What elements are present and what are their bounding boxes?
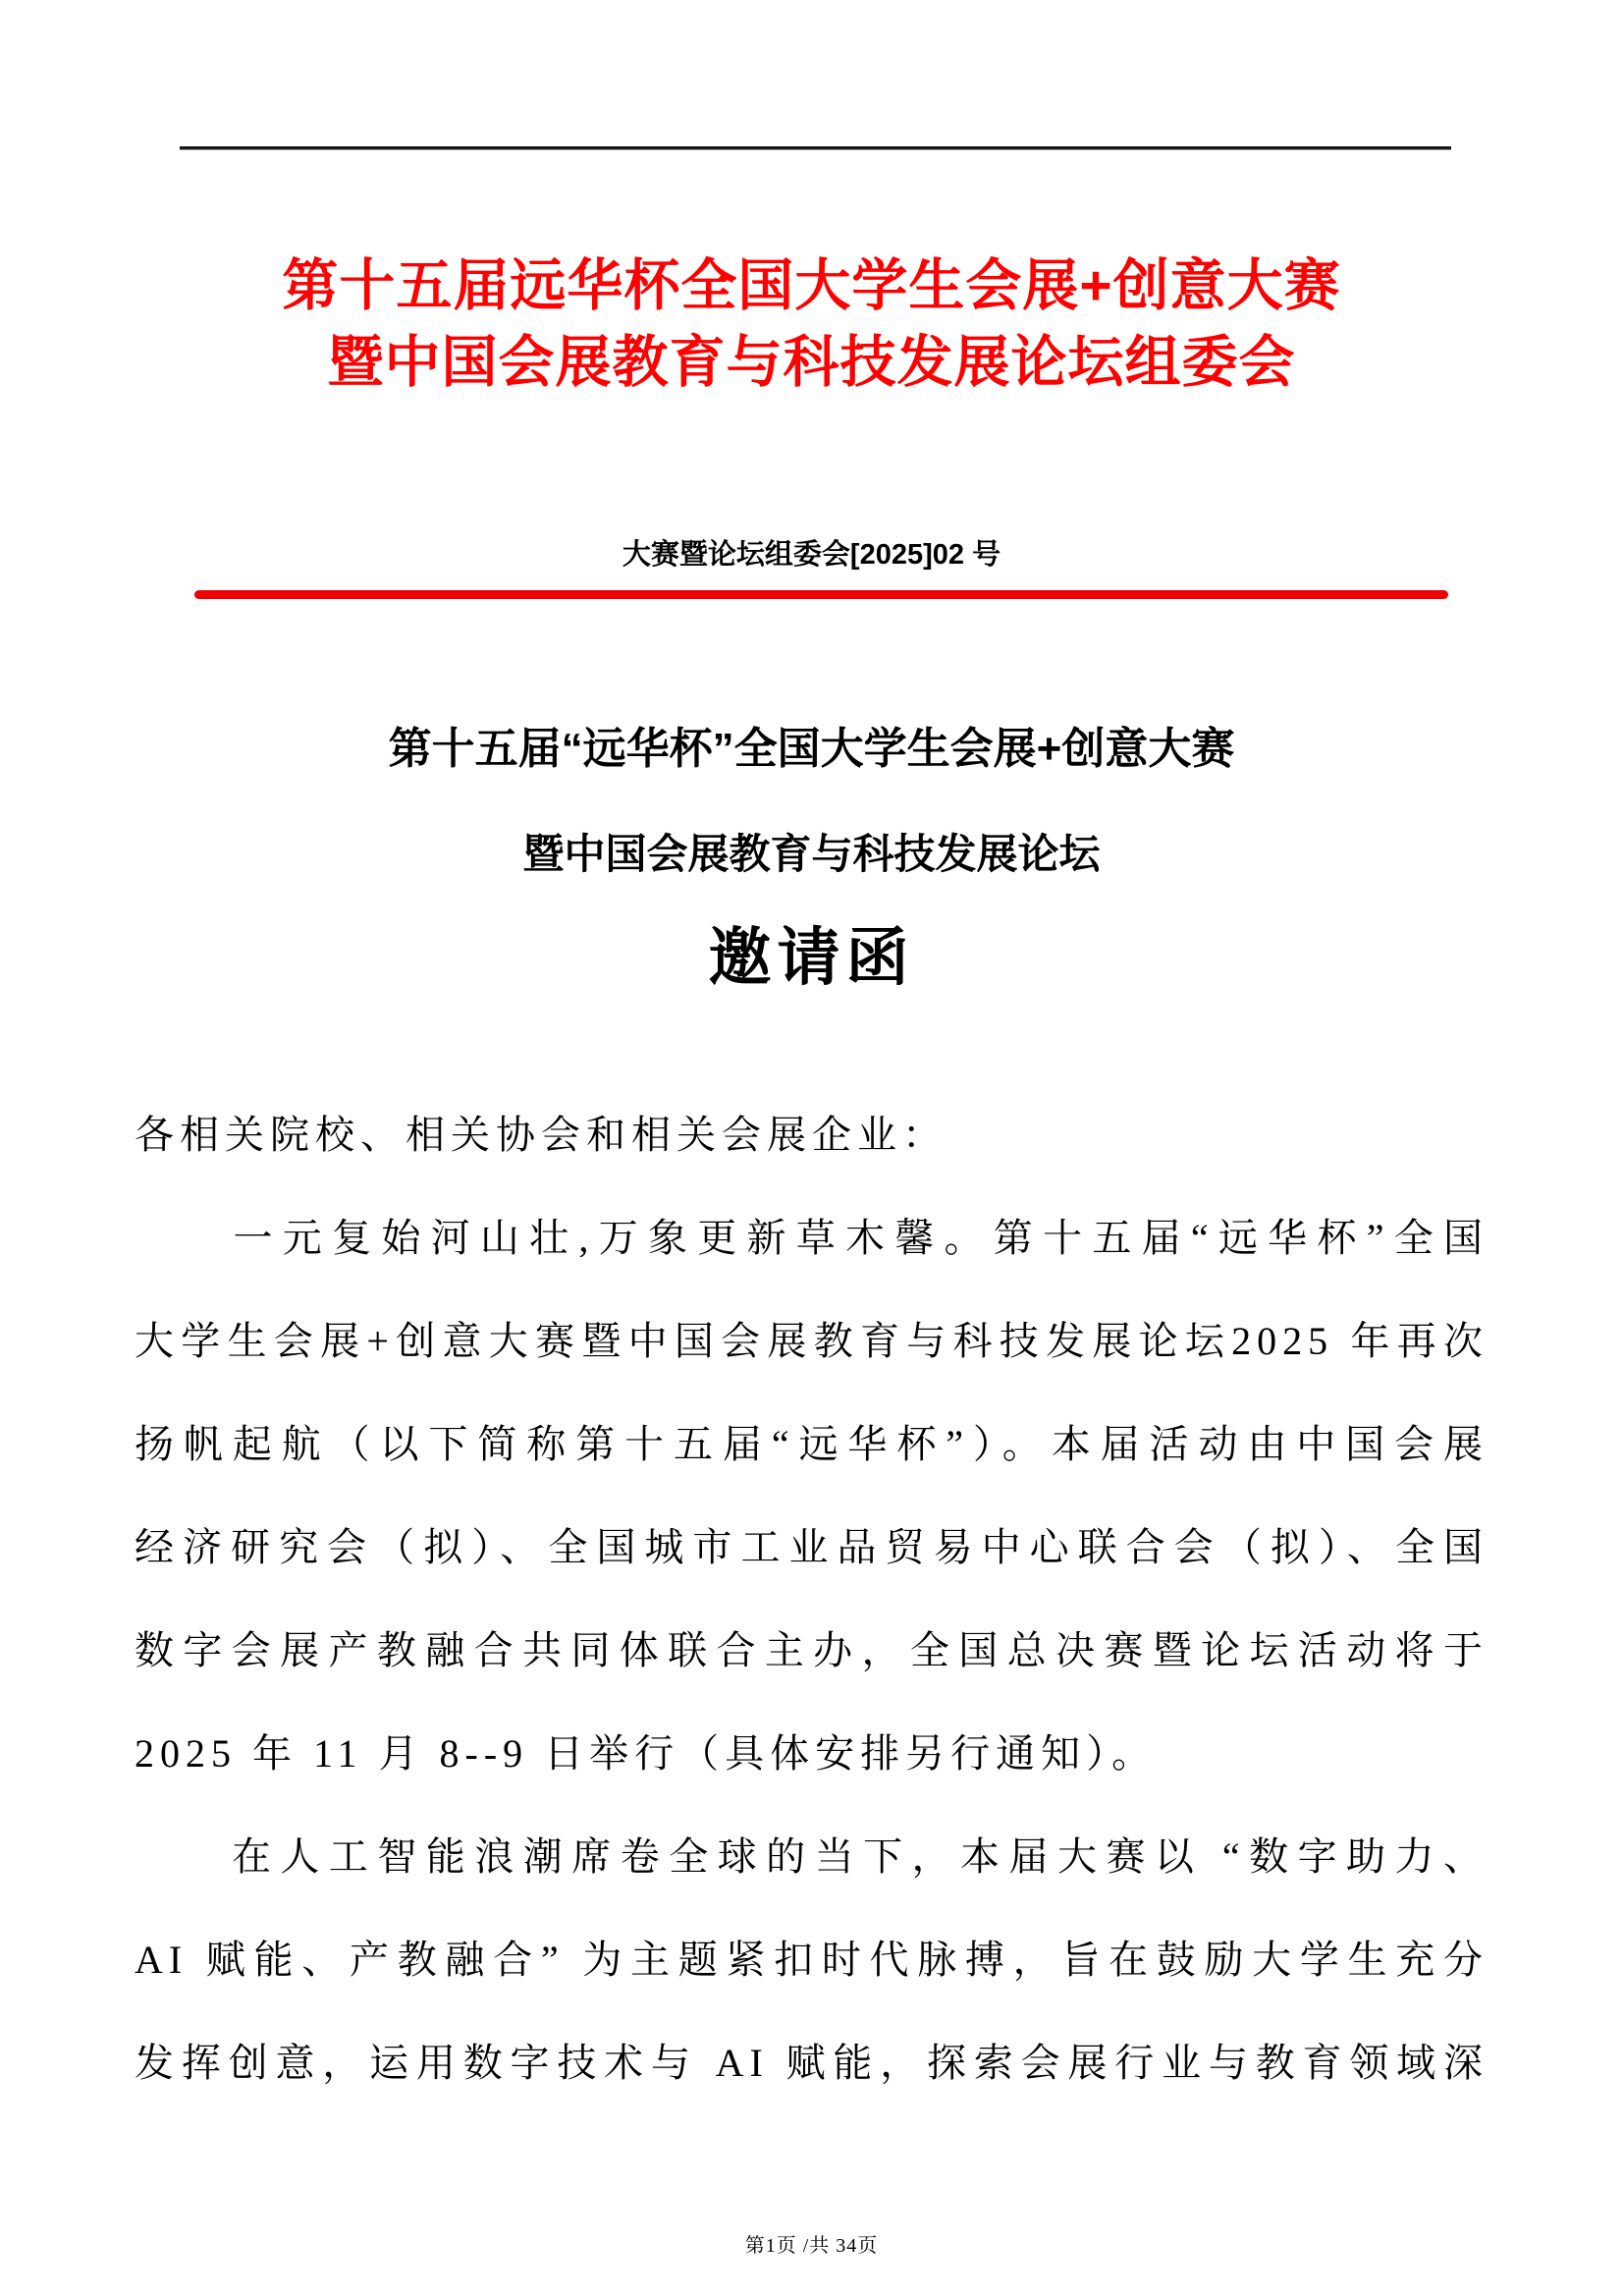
red-divider-rule xyxy=(194,590,1448,599)
body-line-6: 2025 年 11 月 8--9 日举行（具体安排另行通知）。 xyxy=(135,1702,1488,1805)
body-line-1: 一元复始河山壮,万象更新草木馨。第十五届“远华杯”全国 xyxy=(135,1186,1488,1289)
body-line-3: 扬帆起航（以下简称第十五届“远华杯”）。本届活动由中国会展 xyxy=(135,1393,1488,1496)
top-divider-rule xyxy=(180,146,1451,150)
doc-number: 大赛暨论坛组委会[2025]02 号 xyxy=(0,528,1623,581)
page-footer: 第1页 /共 34页 xyxy=(0,2231,1623,2261)
committee-title-line-2: 暨中国会展教育与科技发展论坛组委会 xyxy=(0,324,1623,401)
body-line-4: 经济研究会（拟）、全国城市工业品贸易中心联合会（拟）、全国 xyxy=(135,1496,1488,1599)
committee-title-line-1: 第十五届远华杯全国大学生会展+创意大赛 xyxy=(0,247,1623,324)
body-line-8: AI 赋能、产教融合” 为主题紧扣时代脉搏，旨在鼓励大学生充分 xyxy=(135,1908,1488,2011)
body-line-9: 发挥创意，运用数字技术与 AI 赋能，探索会展行业与教育领域深 xyxy=(135,2011,1488,2114)
document-page: 第十五届远华杯全国大学生会展+创意大赛 暨中国会展教育与科技发展论坛组委会 大赛… xyxy=(0,0,1623,2296)
body-line-2: 大学生会展+创意大赛暨中国会展教育与科技发展论坛2025 年再次 xyxy=(135,1289,1488,1393)
letter-body: 各相关院校、相关协会和相关会展企业： 一元复始河山壮,万象更新草木馨。第十五届“… xyxy=(135,1083,1488,2114)
event-title-line-1: 第十五届“远华杯”全国大学生会展+创意大赛 xyxy=(0,719,1623,780)
salutation: 各相关院校、相关协会和相关会展企业： xyxy=(135,1083,1488,1186)
body-line-5: 数字会展产教融合共同体联合主办，全国总决赛暨论坛活动将于 xyxy=(135,1599,1488,1702)
body-line-7: 在人工智能浪潮席卷全球的当下，本届大赛以 “数字助力、 xyxy=(135,1805,1488,1908)
event-title-line-2: 暨中国会展教育与科技发展论坛 xyxy=(0,825,1623,884)
committee-title: 第十五届远华杯全国大学生会展+创意大赛 暨中国会展教育与科技发展论坛组委会 xyxy=(0,247,1623,401)
invitation-heading: 邀请函 xyxy=(0,917,1623,998)
